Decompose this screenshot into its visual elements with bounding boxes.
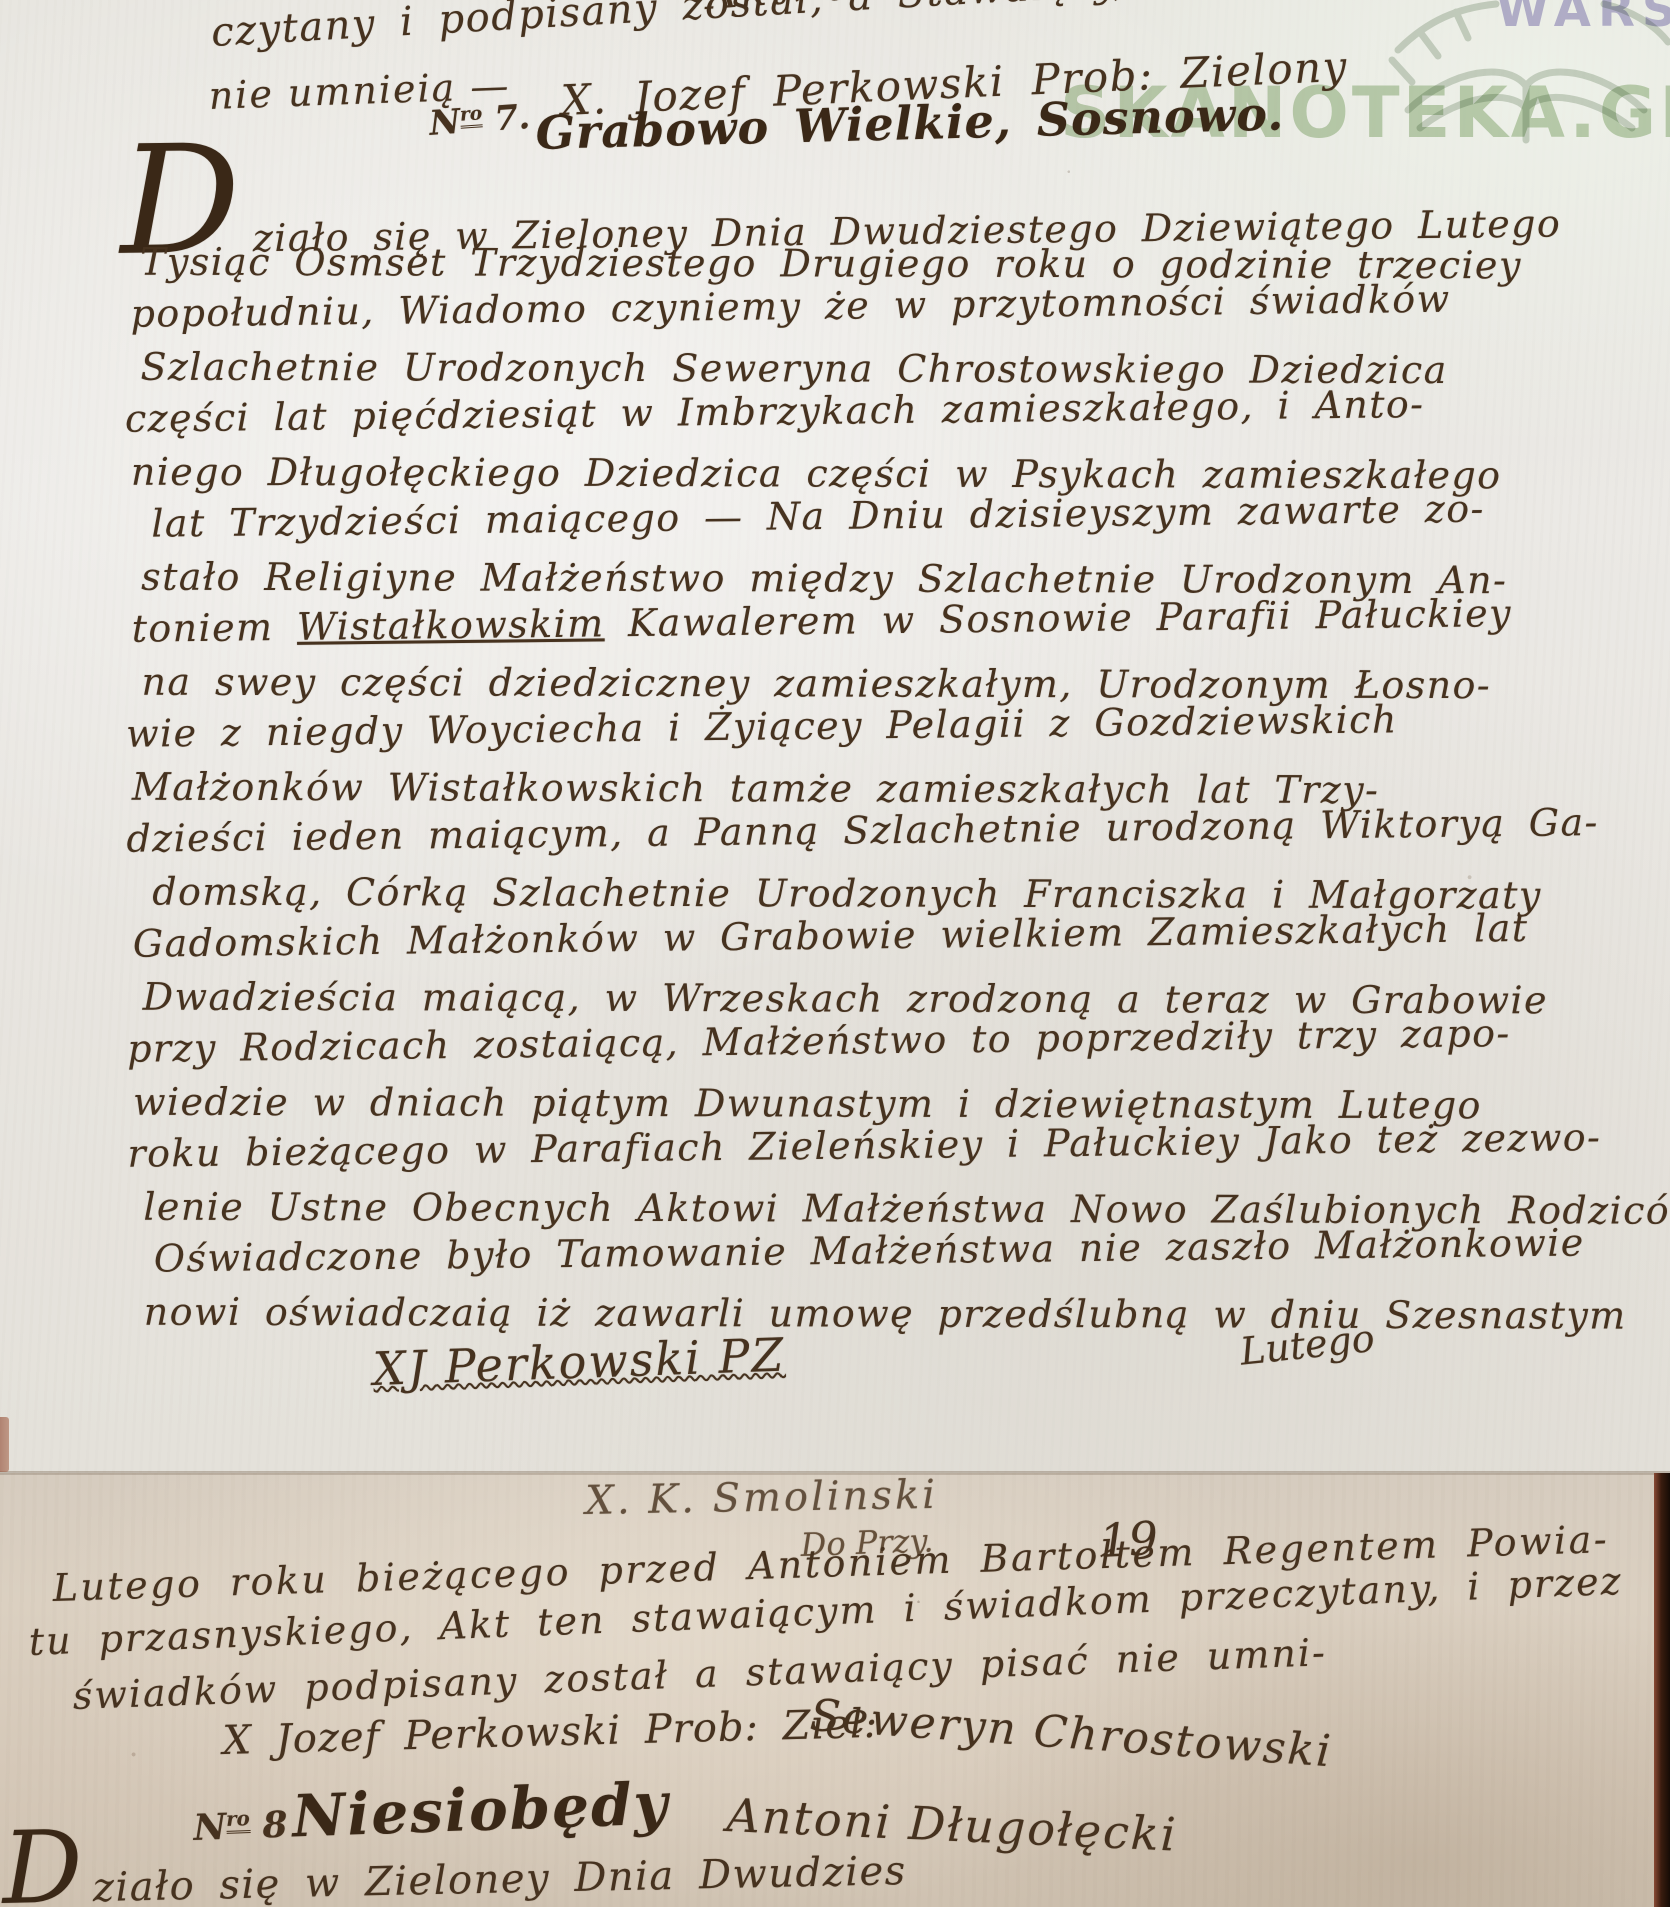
- register-page-scan: WARS SKANOTEKA.GE Akt ten stawaiącym prz…: [0, 0, 1670, 1907]
- record7-number-letter: N: [428, 102, 462, 144]
- record7-number-value: 7.: [481, 97, 531, 140]
- handwritten-line: nowi oświadczaią iż zawarli umowę przedś…: [144, 1289, 1670, 1346]
- record8-number-letter: N: [193, 1806, 227, 1849]
- groom-surname-underlined: Wistałkowskim: [297, 601, 605, 648]
- line-fragment: Kawalerem w Sosnowie Parafii Pałuckiey: [604, 591, 1512, 645]
- record7-body: Działo się w Zieloney Dnia Dwudziestego …: [124, 181, 1670, 1341]
- record8-number-value: 8: [249, 1804, 288, 1847]
- page-edge-shadow: [1654, 1473, 1670, 1907]
- line-fragment: toniem: [131, 605, 297, 651]
- archive-watermark-text: WARS: [1496, 0, 1670, 38]
- record7-number: Nro 7.: [428, 97, 531, 144]
- faded-signature: X. K. Smolinski: [585, 1472, 938, 1524]
- record8-number-sup: ro: [226, 1806, 251, 1834]
- page-edge-sliver: [0, 1417, 9, 1472]
- record8-number: Nro 8: [193, 1804, 289, 1849]
- record8-title: Niesiobędy: [291, 1769, 670, 1850]
- record7-number-sup: ro: [459, 102, 483, 128]
